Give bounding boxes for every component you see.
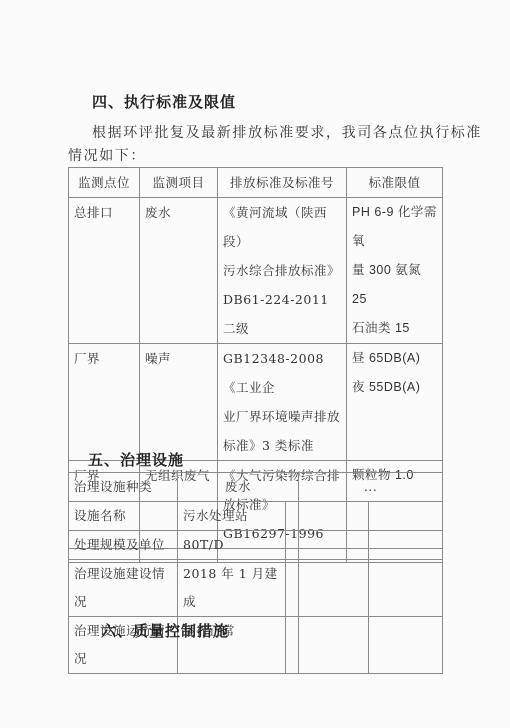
section-6-heading: 六、质量控制措施 <box>101 620 229 641</box>
cell-empty <box>369 560 443 617</box>
section-4-intro-line-1: 根据环评批复及最新排放标准要求，我司各点位执行标准 <box>92 122 482 142</box>
cell-value: 污水处理站 <box>178 502 286 531</box>
cell-label: 设施名称 <box>69 502 178 531</box>
cell-standard: GB12348-2008《工业企 业厂界环境噪声排放 标准》3 类标准 <box>218 344 347 461</box>
document-page: 四、执行标准及限值 根据环评批复及最新排放标准要求，我司各点位执行标准 情况如下… <box>0 0 510 728</box>
cell-standard: 《黄河流域（陕西段） 污水综合排放标准》 DB61-224-2011 二级 <box>218 198 347 344</box>
table-row: 设施名称 污水处理站 <box>69 502 443 531</box>
cell-label: 处理规模及单位 <box>69 531 178 560</box>
table-row: 总排口 废水 《黄河流域（陕西段） 污水综合排放标准》 DB61-224-201… <box>69 198 443 344</box>
cell-line: 污水综合排放标准》 <box>223 256 341 285</box>
cell-empty <box>369 531 443 560</box>
standards-table-header: 监测点位 监测项目 排放标准及标准号 标准限值 <box>69 168 443 198</box>
cell-item: 废水 <box>140 198 218 344</box>
cell-point: 厂界 <box>69 344 140 461</box>
header-monitoring-item: 监测项目 <box>140 168 218 198</box>
cell-empty <box>299 560 369 617</box>
cell-empty <box>369 502 443 531</box>
cell-label: 治理设施种类 <box>69 473 178 502</box>
cell-empty <box>286 502 299 531</box>
cell-line: 石油类 15 <box>352 314 437 343</box>
cell-empty <box>369 617 443 674</box>
cell-extra: ... <box>299 473 443 502</box>
cell-line: 业厂界环境噪声排放 <box>223 402 341 431</box>
cell-value: 80T/D <box>178 531 286 560</box>
header-standard-limit: 标准限值 <box>347 168 443 198</box>
cell-item: 噪声 <box>140 344 218 461</box>
cell-limit: 昼 65DB(A) 夜 55DB(A) <box>347 344 443 461</box>
table-row: 治理设施种类 废水 ... <box>69 473 443 502</box>
cell-line: 量 300 氨氮 25 <box>352 256 437 314</box>
cell-empty <box>286 531 299 560</box>
cell-line: PH 6-9 化学需氧 <box>352 198 437 256</box>
cell-limit: PH 6-9 化学需氧 量 300 氨氮 25 石油类 15 <box>347 198 443 344</box>
cell-line: 夜 55DB(A) <box>352 373 437 402</box>
cell-empty <box>299 531 369 560</box>
section-4-intro-line-2: 情况如下： <box>68 145 146 165</box>
cell-empty <box>299 617 369 674</box>
header-monitoring-point: 监测点位 <box>69 168 140 198</box>
section-5-heading: 五、治理设施 <box>88 449 184 470</box>
cell-empty <box>286 617 299 674</box>
header-emission-standard: 排放标准及标准号 <box>218 168 347 198</box>
cell-label: 治理设施建设情况 <box>69 560 178 617</box>
table-row: 处理规模及单位 80T/D <box>69 531 443 560</box>
cell-line: 昼 65DB(A) <box>352 344 437 373</box>
table-row: 厂界 噪声 GB12348-2008《工业企 业厂界环境噪声排放 标准》3 类标… <box>69 344 443 461</box>
section-4-heading: 四、执行标准及限值 <box>92 91 236 112</box>
cell-line: 《黄河流域（陕西段） <box>223 198 341 256</box>
table-row: 治理设施建设情况 2018 年 1 月建成 <box>69 560 443 617</box>
cell-empty <box>286 560 299 617</box>
cell-value: 废水 <box>178 473 299 502</box>
cell-empty <box>299 502 369 531</box>
cell-value: 2018 年 1 月建成 <box>178 560 286 617</box>
cell-line: DB61-224-2011 二级 <box>223 285 341 343</box>
cell-line: GB12348-2008《工业企 <box>223 344 341 402</box>
cell-point: 总排口 <box>69 198 140 344</box>
cell-line: 标准》3 类标准 <box>223 431 341 460</box>
facilities-table: 治理设施种类 废水 ... 设施名称 污水处理站 处理规模及单位 80T/D 治… <box>68 472 443 674</box>
